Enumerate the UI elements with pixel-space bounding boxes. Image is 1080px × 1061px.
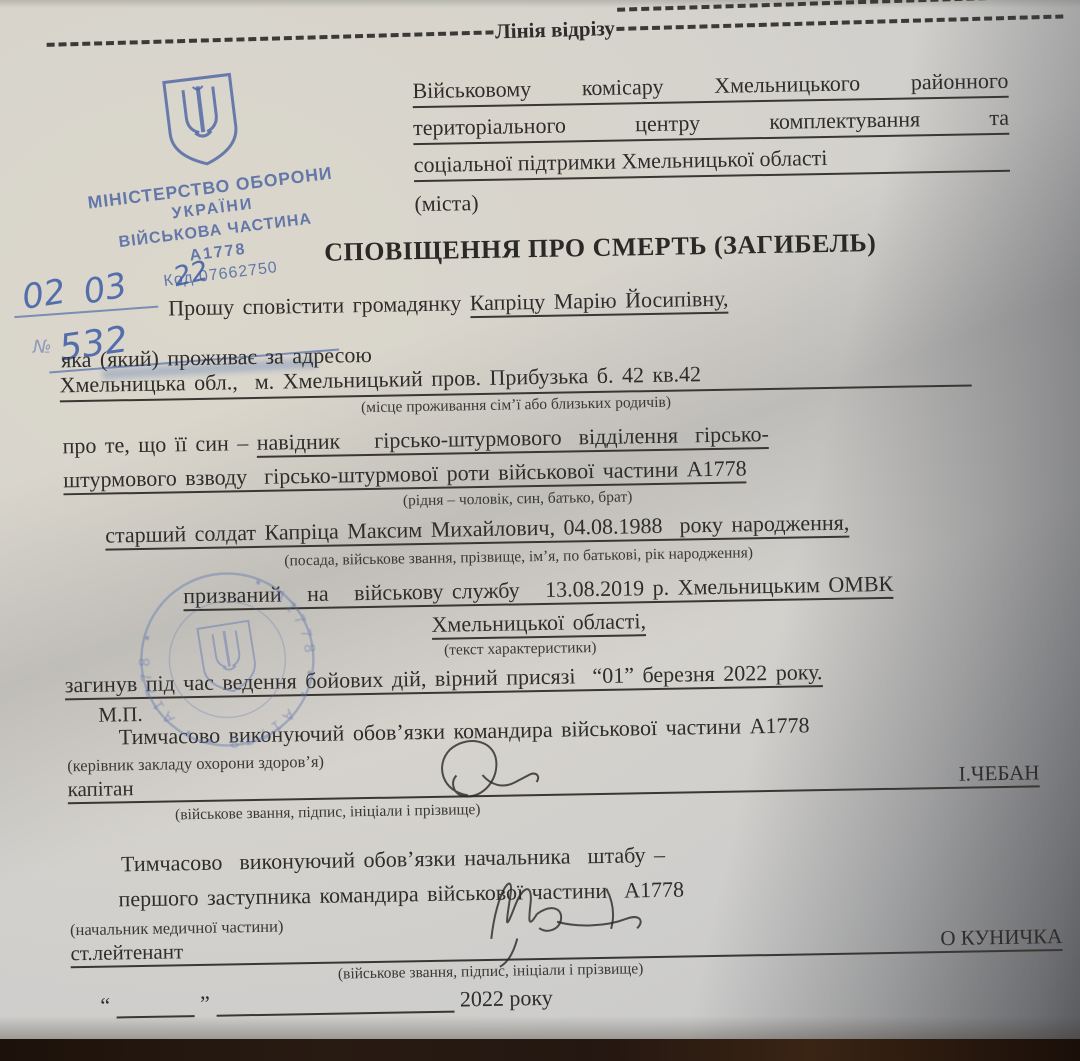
handwritten-number-sign: № bbox=[32, 336, 52, 357]
cut-line-dashes-left bbox=[47, 30, 494, 46]
handwritten-month: 03 bbox=[80, 265, 130, 313]
footer-month-blank bbox=[216, 1011, 454, 1017]
addressee-city-note: (міста) bbox=[414, 181, 1010, 217]
cut-line-label: Лінія відрізу bbox=[493, 16, 617, 44]
commander-rank: капітан bbox=[67, 776, 133, 802]
staff-name: О КУНИЧКА bbox=[940, 924, 1062, 951]
staff-signature bbox=[456, 858, 688, 972]
round-seal: • А1778 • • А1778 • • А1778 • bbox=[106, 561, 349, 750]
handwritten-year: 22 bbox=[170, 255, 210, 293]
cut-line: Лінія відрізу bbox=[46, 3, 1063, 56]
footer-open-quote: “ bbox=[100, 993, 110, 1019]
relative-line-1: про те, що її син – навідник гірсько-шту… bbox=[62, 420, 769, 460]
notified-person-name: Капріцу Марію Йосипівну, bbox=[469, 286, 728, 319]
footer-date-row: “ ” 2022 року bbox=[100, 985, 553, 1019]
addressee-line-2: територіального центру комплектування та bbox=[413, 107, 1009, 145]
scanned-document-photo: Лінія відрізу МІНІСТЕРСТВО ОБОРОНИ УКРАЇ… bbox=[0, 0, 1080, 1061]
request-prefix: Прошу сповістити громадянку bbox=[168, 290, 470, 320]
footer-day-blank bbox=[116, 1015, 194, 1018]
handwritten-day: 02 bbox=[19, 272, 68, 318]
addressee-line-1: Військовому комісару Хмельницького район… bbox=[412, 70, 1008, 108]
staff-rank: ст.лейтенант bbox=[70, 939, 183, 966]
addressee-line-3: соціальної підтримки Хмельницької област… bbox=[414, 144, 1010, 182]
relative-prefix: про те, що її син – bbox=[62, 430, 257, 458]
soldier-line-wrap: старший солдат Капріца Максим Михайлович… bbox=[105, 509, 850, 549]
commander-signature bbox=[412, 729, 583, 812]
conscription-line-2: Хмельницької області, bbox=[431, 608, 646, 640]
footer-year: 2022 року bbox=[460, 985, 553, 1013]
footer-close-quote: ” bbox=[200, 991, 210, 1017]
table-surface bbox=[0, 1039, 1080, 1061]
position-line-1: навідник гірсько-штурмового відділення г… bbox=[257, 421, 770, 458]
addressee-block: Військовому комісару Хмельницького район… bbox=[412, 70, 1010, 217]
trident-shield-icon bbox=[155, 70, 248, 175]
cut-line-dashes-right bbox=[617, 14, 1064, 30]
commander-name: І.ЧЕБАН bbox=[958, 760, 1039, 786]
